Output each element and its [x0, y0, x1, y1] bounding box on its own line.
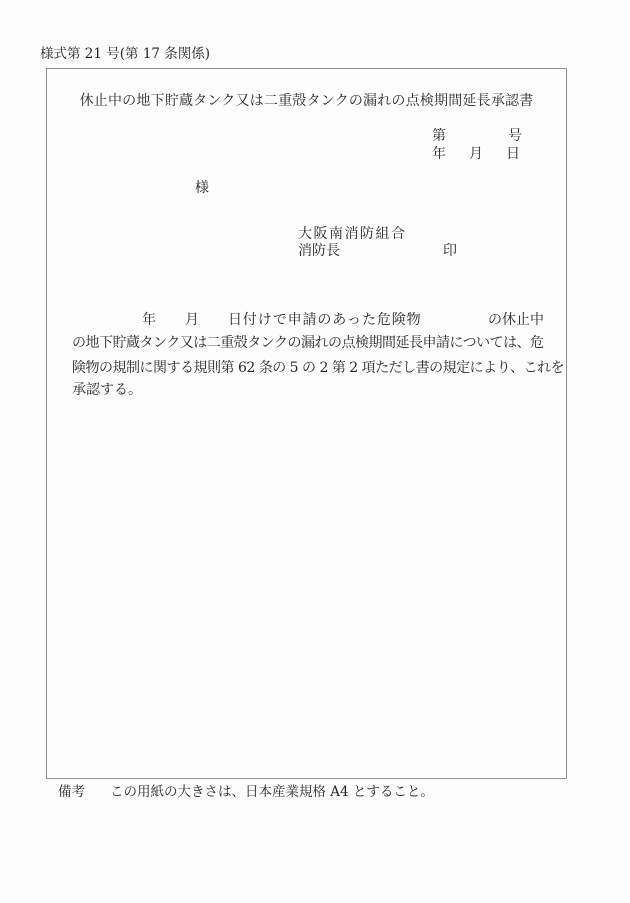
body-line4: 承認する。 [72, 382, 142, 399]
date-year-label: 年 [432, 146, 446, 163]
form-number-label: 様式第 21 号(第 17 条関係) [40, 46, 210, 62]
date-month-label: 月 [469, 146, 483, 163]
date-day-label: 日 [506, 146, 520, 163]
issuer-title-row: 消防長 印 [298, 243, 457, 260]
date-row: 年 月 日 [432, 146, 520, 163]
doc-number-prefix: 第 [432, 128, 446, 145]
remarks-label: 備考 [58, 784, 85, 800]
remarks-text: この用紙の大きさは、日本産業規格 A4 とすること。 [110, 784, 434, 800]
addressee-honorific: 様 [195, 180, 209, 197]
issuer-seal-mark: 印 [443, 243, 457, 260]
document-frame [46, 68, 567, 779]
doc-number-row: 第 号 [432, 128, 522, 145]
body-application-phrase: 日付けで申請のあった危険物 [228, 312, 422, 329]
issuer-organization: 大阪南消防組合 [298, 226, 407, 243]
body-date-month-label: 月 [185, 312, 199, 329]
document-title: 休止中の地下貯蔵タンク又は二重殻タンクの漏れの点検期間延長承認書 [46, 93, 567, 110]
body-line1-tail: の休止中 [488, 312, 544, 329]
body-line2: の地下貯蔵タンク又は二重殻タンクの漏れの点検期間延長申請については、危 [72, 335, 544, 352]
body-line3: 険物の規制に関する規則第 62 条の 5 の 2 第 2 項ただし書の規定により… [72, 360, 564, 377]
body-date-year-label: 年 [142, 312, 156, 329]
issuer-title: 消防長 [298, 243, 340, 260]
doc-number-suffix: 号 [508, 128, 522, 145]
